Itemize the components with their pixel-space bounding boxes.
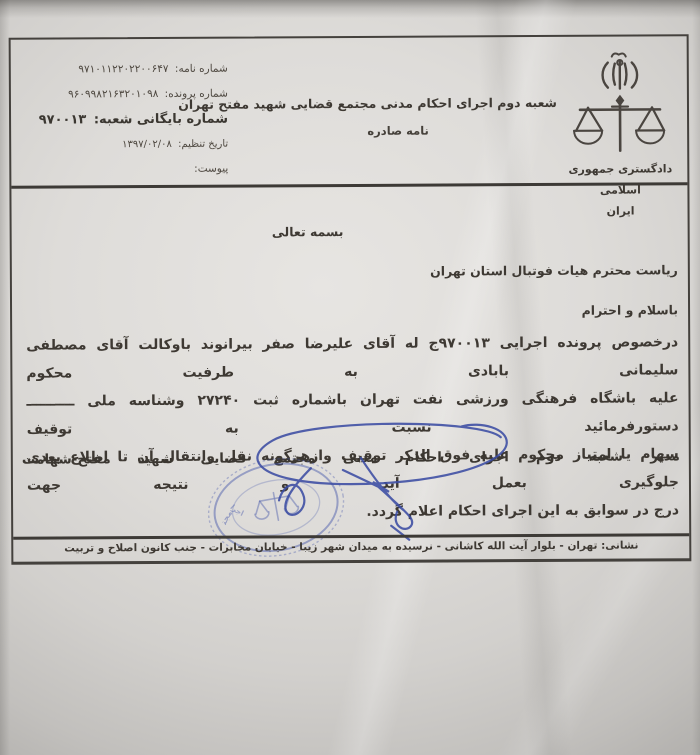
case-number-value: ۹۶۰۹۹۸۲۱۶۳۲۰۱۰۹۸: [68, 88, 161, 100]
date-row: تاریخ تنظیم: ۱۳۹۷/۰۲/۰۸: [23, 132, 228, 158]
branch-title: شعبه دوم اجرای احکام مدنی مجتمع قضایی شه…: [239, 95, 557, 112]
attachment-row: پیوست:: [23, 157, 228, 183]
letter-number-row: شماره نامه: ۹۷۱۰۱۱۲۲۰۲۲۰۰۶۴۷: [23, 57, 228, 83]
reference-numbers-block: شماره نامه: ۹۷۱۰۱۱۲۲۰۲۲۰۰۶۴۷ شماره پروند…: [23, 57, 229, 183]
header-title-block: شعبه دوم اجرای احکام مدنی مجتمع قضایی شه…: [239, 95, 557, 139]
scales-of-justice-icon: [559, 92, 681, 155]
signature: [191, 405, 537, 562]
letter-border-frame: شماره نامه: ۹۷۱۰۱۱۲۲۰۲۲۰۰۶۴۷ شماره پروند…: [9, 34, 692, 565]
scanned-letter-photo: شماره نامه: ۹۷۱۰۱۱۲۲۰۲۲۰۰۶۴۷ شماره پروند…: [0, 0, 700, 755]
org-name-line1: دادگستری جمهوری اسلامی: [559, 158, 681, 201]
archive-number-label: شماره بایگانی شعبه:: [94, 112, 228, 128]
attachment-label: پیوست:: [194, 163, 228, 175]
body-line-1: درخصوص پرونده اجرایی ۹۷۰۰۱۳ج له آقای علی…: [26, 328, 678, 387]
date-label: تاریخ تنظیم:: [178, 139, 228, 150]
letter-type: نامه صادره: [239, 123, 557, 139]
letter-number-label: شماره نامه:: [175, 63, 228, 75]
judiciary-emblem-block: دادگستری جمهوری اسلامی ایران: [559, 40, 682, 222]
basmala: بسمه تعالی: [228, 224, 388, 240]
salutation-line: باسلام و احترام: [582, 302, 679, 318]
addressee-line: ریاست محترم هیات فوتبال استان تهران: [430, 262, 678, 278]
allah-emblem-icon: [559, 40, 681, 93]
letter-number-value: ۹۷۱۰۱۱۲۲۰۲۲۰۰۶۴۷: [78, 63, 171, 75]
address-line: نشانی: تهران - بلوار آیت الله کاشانی - ن…: [13, 539, 689, 555]
date-value: ۱۳۹۷/۰۲/۰۸: [122, 139, 175, 150]
archive-number-value: ۹۷۰۰۱۳: [39, 112, 90, 127]
org-name-line2: ایران: [559, 200, 681, 222]
